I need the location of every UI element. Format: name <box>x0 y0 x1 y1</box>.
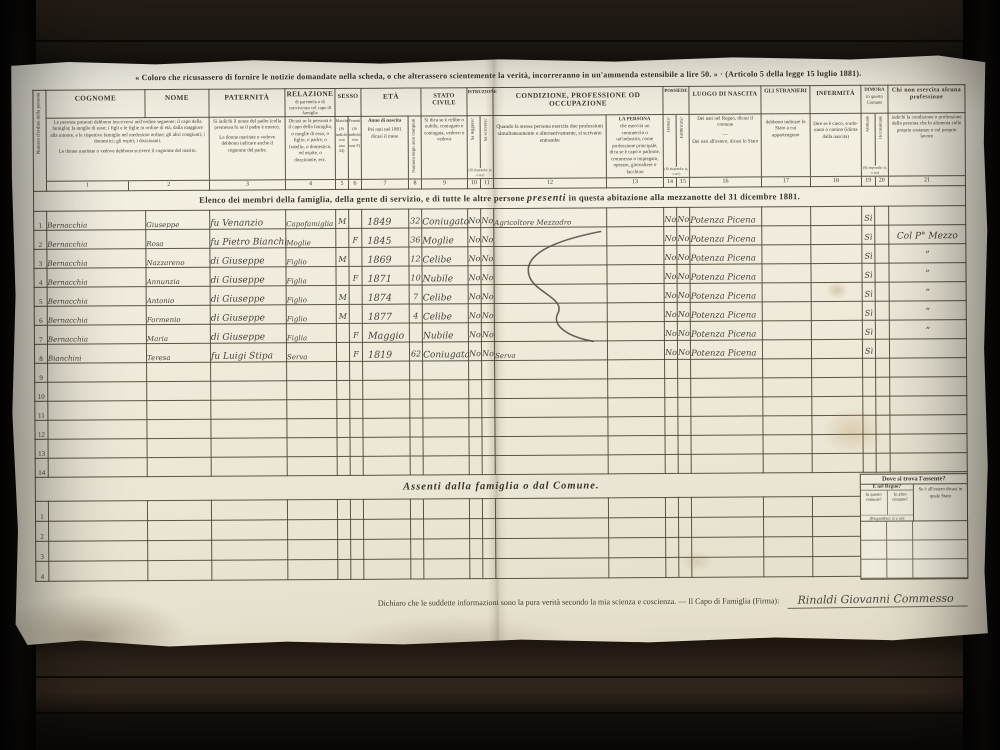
cell-nome <box>148 540 212 560</box>
cell-nascita <box>691 416 763 435</box>
cell-legge: No <box>468 227 481 246</box>
cell-anni <box>410 399 423 418</box>
cell-legge: No <box>468 284 481 303</box>
cell-nascita: Potenza Picena <box>690 207 762 226</box>
where-questo-comune-label: In questo comune? <box>861 491 887 515</box>
note-chi-non-esercita: indichi la condizione o professione dell… <box>888 112 965 185</box>
row-number: 6 <box>34 306 47 325</box>
cell-prof <box>495 498 608 519</box>
cell-infermita <box>813 536 864 556</box>
cell-relazione: Figlio <box>286 304 336 323</box>
cell-terreni <box>666 557 679 577</box>
cell-cognome: Bernacchia <box>47 267 146 287</box>
col-header-paternita: PATERNITÀ <box>209 89 285 117</box>
cell-stranieri <box>764 516 813 536</box>
cell-paternita <box>211 438 287 457</box>
cell-anno <box>363 380 410 399</box>
cell-infermita <box>812 377 863 396</box>
cell-occasionale <box>876 415 890 434</box>
cell-f <box>349 285 362 304</box>
cell-nascita <box>691 497 763 517</box>
cell-f <box>349 304 362 323</box>
cell-paternita <box>211 381 287 400</box>
cell-fabbricati <box>678 435 691 454</box>
cell-nome <box>148 520 212 540</box>
note-sesso-m: Maschio(Si indichi con una M) 5 <box>335 116 348 189</box>
cell-nome <box>147 419 211 438</box>
cell-legge <box>469 455 482 474</box>
cell-scrive <box>482 398 495 417</box>
col-header-relazione: RELAZIONEdi parentela o di convivenza co… <box>285 89 335 117</box>
cell-infermita <box>811 244 862 263</box>
cell-scrive: No <box>481 246 494 265</box>
cell-fabbricati <box>678 397 691 416</box>
cell-prof <box>494 284 607 304</box>
cell-occasionale <box>875 206 889 225</box>
cell-stato: Moglie <box>422 227 468 246</box>
cell-anno: 1869 <box>362 247 409 266</box>
cell-nome: Maria <box>146 324 210 343</box>
cell-persona <box>608 454 665 473</box>
cell-prof <box>494 322 607 342</box>
cell-persona <box>607 207 664 226</box>
cell-infermita <box>811 339 862 358</box>
cell-m <box>337 437 350 456</box>
cell-nascita <box>691 359 763 378</box>
row-number: 5 <box>34 287 47 306</box>
cell-stranieri <box>763 496 812 516</box>
cell-anni: 7 <box>409 285 422 304</box>
cell-legge <box>470 538 483 558</box>
cell-anni <box>410 456 423 475</box>
cell-anno <box>363 361 410 380</box>
cell-persona <box>608 497 665 517</box>
cell-prof <box>495 436 608 456</box>
cell-persona <box>607 340 664 359</box>
cell-prof <box>494 246 607 266</box>
cell-relazione <box>288 539 338 559</box>
cell-f <box>351 519 364 539</box>
col-header-stato-civile: STATO CIVILE <box>421 88 467 116</box>
cell-stato: Nubile <box>422 322 468 341</box>
cell-fabbricati: No <box>677 207 690 226</box>
cell-prof <box>495 417 608 437</box>
cell-f <box>350 361 363 380</box>
cell-scrive: No <box>481 227 494 246</box>
cell-m <box>337 499 350 519</box>
cell-fabbricati: No <box>677 245 690 264</box>
cell-nascita: Potenza Picena <box>690 321 762 340</box>
cell-stato <box>423 398 469 417</box>
cell-abituale <box>863 415 876 434</box>
cell-nome: Teresa <box>146 343 210 362</box>
cell-f <box>349 247 362 266</box>
cell-m: M <box>336 209 349 228</box>
cell-fabbricati <box>678 497 691 517</box>
cell-scrive <box>483 538 496 558</box>
cell-scrive: No <box>481 303 494 322</box>
cell-cognome <box>48 500 147 521</box>
cell-infermita <box>812 434 863 453</box>
cell-fabbricati <box>679 557 692 577</box>
cell-infermita <box>812 396 863 415</box>
row-number: 12 <box>35 420 48 439</box>
cell-infermita <box>812 358 863 377</box>
cell-cognome <box>48 381 147 401</box>
cell-alimento: ” <box>889 319 966 338</box>
cell-f <box>350 456 363 475</box>
cell-legge: No <box>468 246 481 265</box>
cell-nome: Nazzareno <box>146 248 210 267</box>
cell-anno: 1819 <box>362 342 409 361</box>
col-header-index: Numero d'ordine della persona <box>33 90 47 191</box>
cell-anno <box>363 456 410 475</box>
cell-terreni: No <box>664 245 677 264</box>
cell-occasionale <box>876 396 890 415</box>
cell-abituale: Sì <box>862 206 875 225</box>
cell-alimento: ” <box>889 281 966 300</box>
cell-relazione <box>287 418 337 437</box>
cell-nome <box>148 560 212 580</box>
cell-legge <box>470 518 483 538</box>
cell-alimento <box>890 357 967 376</box>
cell-m <box>336 323 349 342</box>
cell-fabbricati: No <box>677 340 690 359</box>
cell-occasionale <box>876 434 890 453</box>
cell-infermita <box>811 282 862 301</box>
table-header: Numero d'ordine della persona COGNOME NO… <box>33 85 966 191</box>
cell-relazione <box>287 380 337 399</box>
cell-cognome <box>48 419 147 439</box>
col-header-luogo-nascita: LUOGO DI NASCITA <box>689 86 761 114</box>
legal-notice: « Coloro che ricusassero di fornire le n… <box>9 68 987 83</box>
cell-f: F <box>349 228 362 247</box>
cell-m <box>338 539 351 559</box>
row-number: 8 <box>34 344 47 363</box>
cell-stranieri <box>762 320 811 339</box>
cell-nascita: Potenza Picena <box>690 245 762 264</box>
cell-scrive <box>482 436 495 455</box>
cell-scrive <box>482 455 495 474</box>
cell-infermita <box>812 415 863 434</box>
cell-anni <box>411 539 424 559</box>
col-header-infermita: INFERMITÀ <box>810 85 861 113</box>
cell-fabbricati: No <box>677 264 690 283</box>
cell-relazione: Serva <box>286 342 336 361</box>
row-number: 3 <box>36 541 49 561</box>
cell-cognome: Bianchini <box>47 343 146 363</box>
where-altro-comune-label: In altro comune? <box>886 490 913 514</box>
cell-legge: No <box>468 322 481 341</box>
cell-legge <box>469 417 482 436</box>
note-professione-13: LA PERSONAche esercita un commercio o un… <box>606 114 663 187</box>
cell-alimento <box>889 205 966 224</box>
cell-abituale: Sì <box>862 301 875 320</box>
cell-fabbricati <box>679 537 692 557</box>
where-absent-box: Dove si trova l'assente? È nel Regno? In… <box>860 473 969 580</box>
cell-fabbricati <box>678 378 691 397</box>
cell-persona <box>607 264 664 283</box>
cell-nome <box>147 438 211 457</box>
cell-fabbricati: No <box>677 321 690 340</box>
cell-scrive: No <box>481 322 494 341</box>
cell-terreni <box>665 359 678 378</box>
cell-relazione: Figlio <box>286 285 336 304</box>
cell-nome: Formenio <box>146 305 210 324</box>
cell-m <box>336 342 349 361</box>
cell-cognome: Bernacchia <box>47 229 146 249</box>
cell-terreni: No <box>664 302 677 321</box>
cell-f <box>351 539 364 559</box>
cell-persona <box>608 397 665 416</box>
cell-m: M <box>336 285 349 304</box>
cell-occasionale <box>876 453 890 472</box>
cell-stato <box>424 518 470 538</box>
cell-scrive <box>482 379 495 398</box>
cell-abituale <box>863 434 876 453</box>
declaration-line: Dichiaro che le suddette informazioni so… <box>35 592 967 613</box>
cell-nome <box>147 362 211 381</box>
cell-anno <box>364 539 411 559</box>
cell-anno <box>363 418 410 437</box>
row-number: 7 <box>34 325 47 344</box>
cell-persona <box>607 321 664 340</box>
cell-fabbricati <box>678 359 691 378</box>
row-number: 4 <box>34 268 47 287</box>
cell-prof <box>494 227 607 247</box>
cell-anni <box>411 519 424 539</box>
cell-nascita: Potenza Picena <box>690 340 762 359</box>
cell-fabbricati <box>679 517 692 537</box>
note-relazione: Dicasi se la persona è il capo della fam… <box>285 116 335 189</box>
cell-nascita: Potenza Picena <box>690 264 762 283</box>
cell-abituale <box>863 358 876 377</box>
cell-relazione: Moglie <box>286 228 336 247</box>
cell-terreni: No <box>664 321 677 340</box>
cell-terreni <box>665 378 678 397</box>
cell-nascita <box>692 557 764 577</box>
cell-paternita: di Giuseppe <box>210 286 286 305</box>
cell-nascita <box>691 454 763 473</box>
cell-stato <box>423 498 469 518</box>
row-number: 1 <box>34 211 47 230</box>
cell-cognome: Bernacchia <box>47 210 146 230</box>
cell-anni <box>410 380 423 399</box>
cell-occasionale <box>875 320 889 339</box>
cell-stranieri <box>763 377 812 396</box>
cell-nascita: Potenza Picena <box>690 226 762 245</box>
note-anno-nascita: Anno di nascitaPei nati nel 1881 dicasi … <box>361 116 408 189</box>
cell-occasionale <box>875 244 889 263</box>
cell-nome <box>147 457 211 476</box>
cell-legge <box>469 498 482 518</box>
cell-scrive: No <box>481 284 494 303</box>
cell-relazione: Capofamiglia <box>286 209 336 228</box>
cell-legge <box>470 558 483 578</box>
cell-f <box>350 418 363 437</box>
cell-stato <box>424 538 470 558</box>
cell-paternita: fu Pietro Bianchi <box>210 229 286 248</box>
cell-alimento <box>890 395 967 414</box>
cell-anno <box>363 499 410 519</box>
cell-terreni: No <box>664 283 677 302</box>
cell-occasionale <box>875 263 889 282</box>
cell-paternita <box>211 400 287 419</box>
cell-anno <box>364 519 411 539</box>
cell-occasionale <box>876 358 890 377</box>
row-number: 14 <box>35 458 48 477</box>
cell-stranieri <box>763 434 812 453</box>
cell-cognome: Bernacchia <box>47 305 146 325</box>
cell-infermita <box>811 206 862 225</box>
cell-paternita <box>212 520 288 540</box>
cell-f: F <box>349 266 362 285</box>
cell-nome: Rosa <box>146 229 210 248</box>
cell-paternita <box>211 457 287 476</box>
cell-stranieri <box>762 282 811 301</box>
census-table: Numero d'ordine della persona COGNOME NO… <box>32 84 968 581</box>
cell-scrive <box>482 360 495 379</box>
cell-infermita <box>811 320 862 339</box>
cell-abituale: Sì <box>862 225 875 244</box>
note-dimora: Abituale Occasionale (Si risponda: sì, o… <box>861 113 888 186</box>
cell-occasionale <box>876 377 890 396</box>
row-number: 11 <box>35 401 48 420</box>
cell-paternita <box>211 362 287 381</box>
cell-f: F <box>349 323 362 342</box>
note-istruzione: Sa leggere? Sa scrivere? (Si risponda: s… <box>467 115 493 188</box>
wood-seam <box>36 712 963 714</box>
cell-m <box>337 399 350 418</box>
cell-cognome: Bernacchia <box>47 324 146 344</box>
cell-stranieri <box>763 453 812 472</box>
cell-anni <box>410 418 423 437</box>
cell-nascita: Potenza Picena <box>690 283 762 302</box>
where-absent-title: Dove si trova l'assente? <box>861 474 967 485</box>
cell-prof: Serva <box>494 341 607 361</box>
cell-cognome <box>48 362 147 382</box>
cell-infermita <box>811 263 862 282</box>
cell-persona <box>607 245 664 264</box>
cell-paternita: di Giuseppe <box>210 267 286 286</box>
cell-infermita <box>813 516 864 536</box>
cell-nascita: Potenza Picena <box>690 302 762 321</box>
cell-persona <box>609 517 666 537</box>
cell-anno: 1871 <box>362 266 409 285</box>
cell-paternita <box>212 540 288 560</box>
cell-relazione <box>287 456 337 475</box>
cell-scrive <box>483 518 496 538</box>
cell-paternita <box>211 500 287 520</box>
cell-anni <box>410 437 423 456</box>
cell-anno <box>363 399 410 418</box>
cell-infermita <box>812 496 863 516</box>
note-professione-12: Quando la stessa persona esercita due pr… <box>493 115 606 189</box>
cell-persona <box>608 435 665 454</box>
row-number: 3 <box>34 249 47 268</box>
cell-stato <box>423 379 469 398</box>
cell-terreni <box>666 517 679 537</box>
cell-cognome <box>48 457 147 477</box>
cell-prof: Agricoltore Mezzadro <box>494 208 607 228</box>
cell-prof <box>496 518 609 539</box>
cell-terreni: No <box>664 226 677 245</box>
cell-abituale <box>863 453 876 472</box>
cell-abituale: Sì <box>862 282 875 301</box>
cell-stranieri <box>762 263 811 282</box>
cell-stranieri <box>762 225 811 244</box>
cell-scrive: No <box>481 265 494 284</box>
row-number: 10 <box>35 382 48 401</box>
cell-alimento <box>890 433 967 452</box>
cell-nome: Antonio <box>146 286 210 305</box>
cell-m <box>337 456 350 475</box>
cell-stato: Coniugata <box>422 341 468 360</box>
cell-stranieri <box>764 536 813 556</box>
cell-stranieri <box>762 301 811 320</box>
cell-occasionale <box>875 339 889 358</box>
cell-terreni <box>665 397 678 416</box>
cell-relazione: Figlia <box>286 266 336 285</box>
cell-cognome <box>48 438 147 458</box>
cell-anno: 1849 <box>362 209 409 228</box>
cell-persona <box>609 537 666 557</box>
note-stato-civile: Si dica se è celibe o nubile, coniugato … <box>421 115 467 188</box>
cell-m: M <box>336 304 349 323</box>
cell-occasionale <box>875 282 889 301</box>
cell-scrive <box>482 417 495 436</box>
cell-nome <box>147 381 211 400</box>
cell-legge <box>469 398 482 417</box>
cell-persona <box>608 378 665 397</box>
cell-persona <box>608 359 665 378</box>
cell-nascita <box>691 378 763 397</box>
table-row: 4 <box>36 555 968 581</box>
note-stranieri: debbono indicare lo Stato a cui apparten… <box>761 113 810 186</box>
cell-prof <box>496 558 609 579</box>
cell-relazione <box>288 519 338 539</box>
cell-scrive: No <box>481 208 494 227</box>
cell-anni: 62 <box>409 342 422 361</box>
cell-prof <box>494 265 607 285</box>
col-header-chi-non-esercita: Chi non esercita alcuna professione <box>888 85 965 113</box>
cell-prof <box>495 455 608 475</box>
note-paternita: Si indichi il nome del padre (colla prem… <box>209 117 285 190</box>
cell-relazione: Figlia <box>286 323 336 342</box>
cell-stato <box>423 360 469 379</box>
cell-anno: 1845 <box>362 228 409 247</box>
cell-fabbricati: No <box>677 302 690 321</box>
cell-anni <box>410 499 423 519</box>
census-sheet: « Coloro che ricusassero di fornire le n… <box>9 54 991 648</box>
cell-persona <box>607 226 664 245</box>
cell-abituale <box>863 377 876 396</box>
cell-alimento <box>890 414 967 433</box>
cell-paternita: fu Venanzio <box>210 210 286 229</box>
cell-cognome <box>49 560 148 581</box>
cell-stranieri <box>762 206 811 225</box>
cell-stato <box>423 436 469 455</box>
cell-anni <box>409 323 422 342</box>
cell-persona <box>608 416 665 435</box>
cell-m <box>336 228 349 247</box>
cell-f <box>349 209 362 228</box>
where-risposta-note: (Rispondasi: sì o no) <box>861 514 913 520</box>
cell-terreni <box>665 454 678 473</box>
cell-cognome <box>49 540 148 561</box>
row-number: 9 <box>35 363 48 382</box>
cell-prof <box>495 398 608 418</box>
